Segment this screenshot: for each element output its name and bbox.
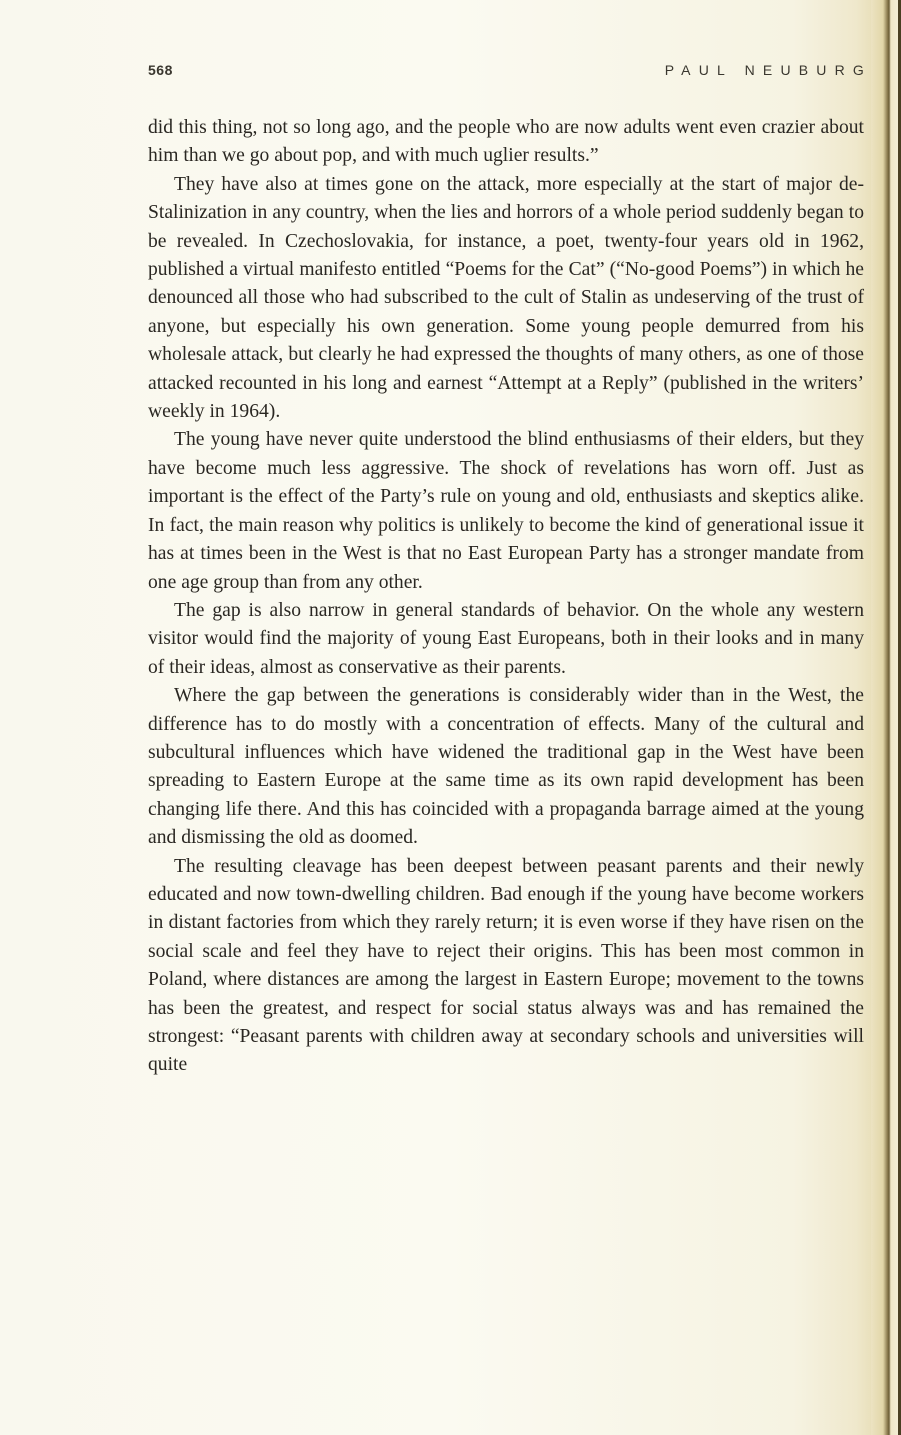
- paragraph: The young have never quite understood th…: [148, 426, 864, 596]
- book-page: 568 PAUL NEUBURG did this thing, not so …: [0, 0, 901, 1435]
- paragraph: They have also at times gone on the atta…: [148, 171, 864, 427]
- paragraph: Where the gap between the generations is…: [148, 682, 864, 852]
- paragraph: The gap is also narrow in general standa…: [148, 597, 864, 682]
- paragraph: did this thing, not so long ago, and the…: [148, 114, 864, 171]
- page-edge: [871, 0, 901, 1435]
- body-text: did this thing, not so long ago, and the…: [148, 114, 864, 1080]
- running-head: 568 PAUL NEUBURG: [148, 62, 864, 82]
- paragraph: The resulting cleavage has been deepest …: [148, 853, 864, 1080]
- page-number: 568: [148, 62, 173, 78]
- author-name: PAUL NEUBURG: [665, 62, 872, 78]
